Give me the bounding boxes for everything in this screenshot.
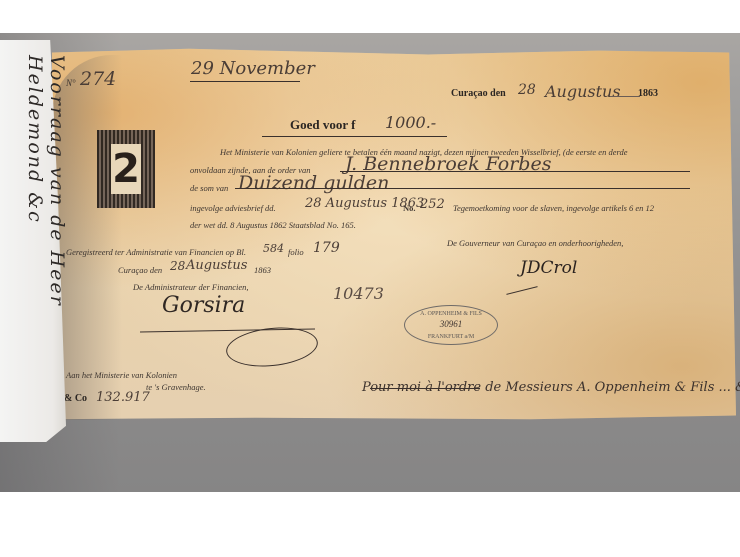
dash [610, 96, 640, 97]
handwritten-date: 29 November [191, 58, 315, 79]
sum-in-words: Duizend gulden [238, 172, 389, 194]
body-line-4-suffix: Tegemoetkoming voor de slaven, ingevolge… [453, 203, 654, 213]
body-line-5: der wet dd. 8 Augustus 1862 Staatsblad N… [190, 220, 356, 230]
amount-value: 1000.- [385, 113, 436, 132]
ornamental-number-vignette: 2 [97, 130, 155, 208]
date-underline [190, 81, 300, 82]
amount-underline [262, 136, 447, 137]
sum-line [235, 188, 690, 189]
place-day: 28 [518, 82, 536, 98]
place-year: 1863 [638, 88, 658, 99]
advice-no-label: No. [403, 203, 416, 213]
place-month: Augustus [545, 82, 621, 101]
stamp-bottom-text: FRANKFURT a/M [405, 334, 497, 340]
registered-line: Geregistreerd ter Administratie van Fina… [66, 247, 246, 257]
folio-value: 179 [313, 240, 340, 256]
banker-stamp: A. OPPENHEIM & FILS 30961 FRANKFURT a/M [404, 305, 498, 345]
stamp-number: 30961 [405, 320, 497, 329]
addressee-line-2: te 's Gravenhage. [146, 382, 206, 392]
flap-handwriting: Voorraag van de Heer Heldemond &c [8, 55, 68, 435]
place-prefix: Curaçao den [451, 88, 506, 99]
governor-signature: JDCrol [520, 258, 577, 278]
registered-page: 584 [263, 242, 284, 255]
bill-number: 274 [80, 68, 116, 90]
reg-day: 28 [170, 259, 185, 273]
amount-title: Goed voor f [290, 117, 355, 133]
body-line-3: de som van [190, 183, 228, 193]
body-line-4: ingevolge adviesbrief dd. [190, 203, 276, 213]
governor-title: De Gouverneur van Curaçao en onderhoorig… [447, 238, 623, 248]
addressee-line-1: Aan het Ministerie van Kolonien [66, 370, 177, 380]
reg-month: Augustus [186, 258, 247, 273]
stamp-top-text: A. OPPENHEIM & FILS [405, 311, 497, 317]
administrator-signature: Gorsira [162, 293, 245, 318]
reg-year: 1863 [254, 265, 271, 275]
copy-number: 2 [111, 144, 141, 194]
pencil-number: 10473 [333, 284, 384, 303]
bill-of-exchange-paper [52, 45, 736, 423]
advice-number: 252 [420, 197, 445, 212]
endorsement-strike [370, 388, 480, 389]
payee-line [340, 171, 690, 172]
reg-place-prefix: Curaçao den [118, 265, 162, 275]
company-number: 132.917 [96, 390, 150, 405]
administrator-title: De Administrateur der Financien, [133, 282, 249, 292]
folio-label: folio [288, 247, 304, 257]
